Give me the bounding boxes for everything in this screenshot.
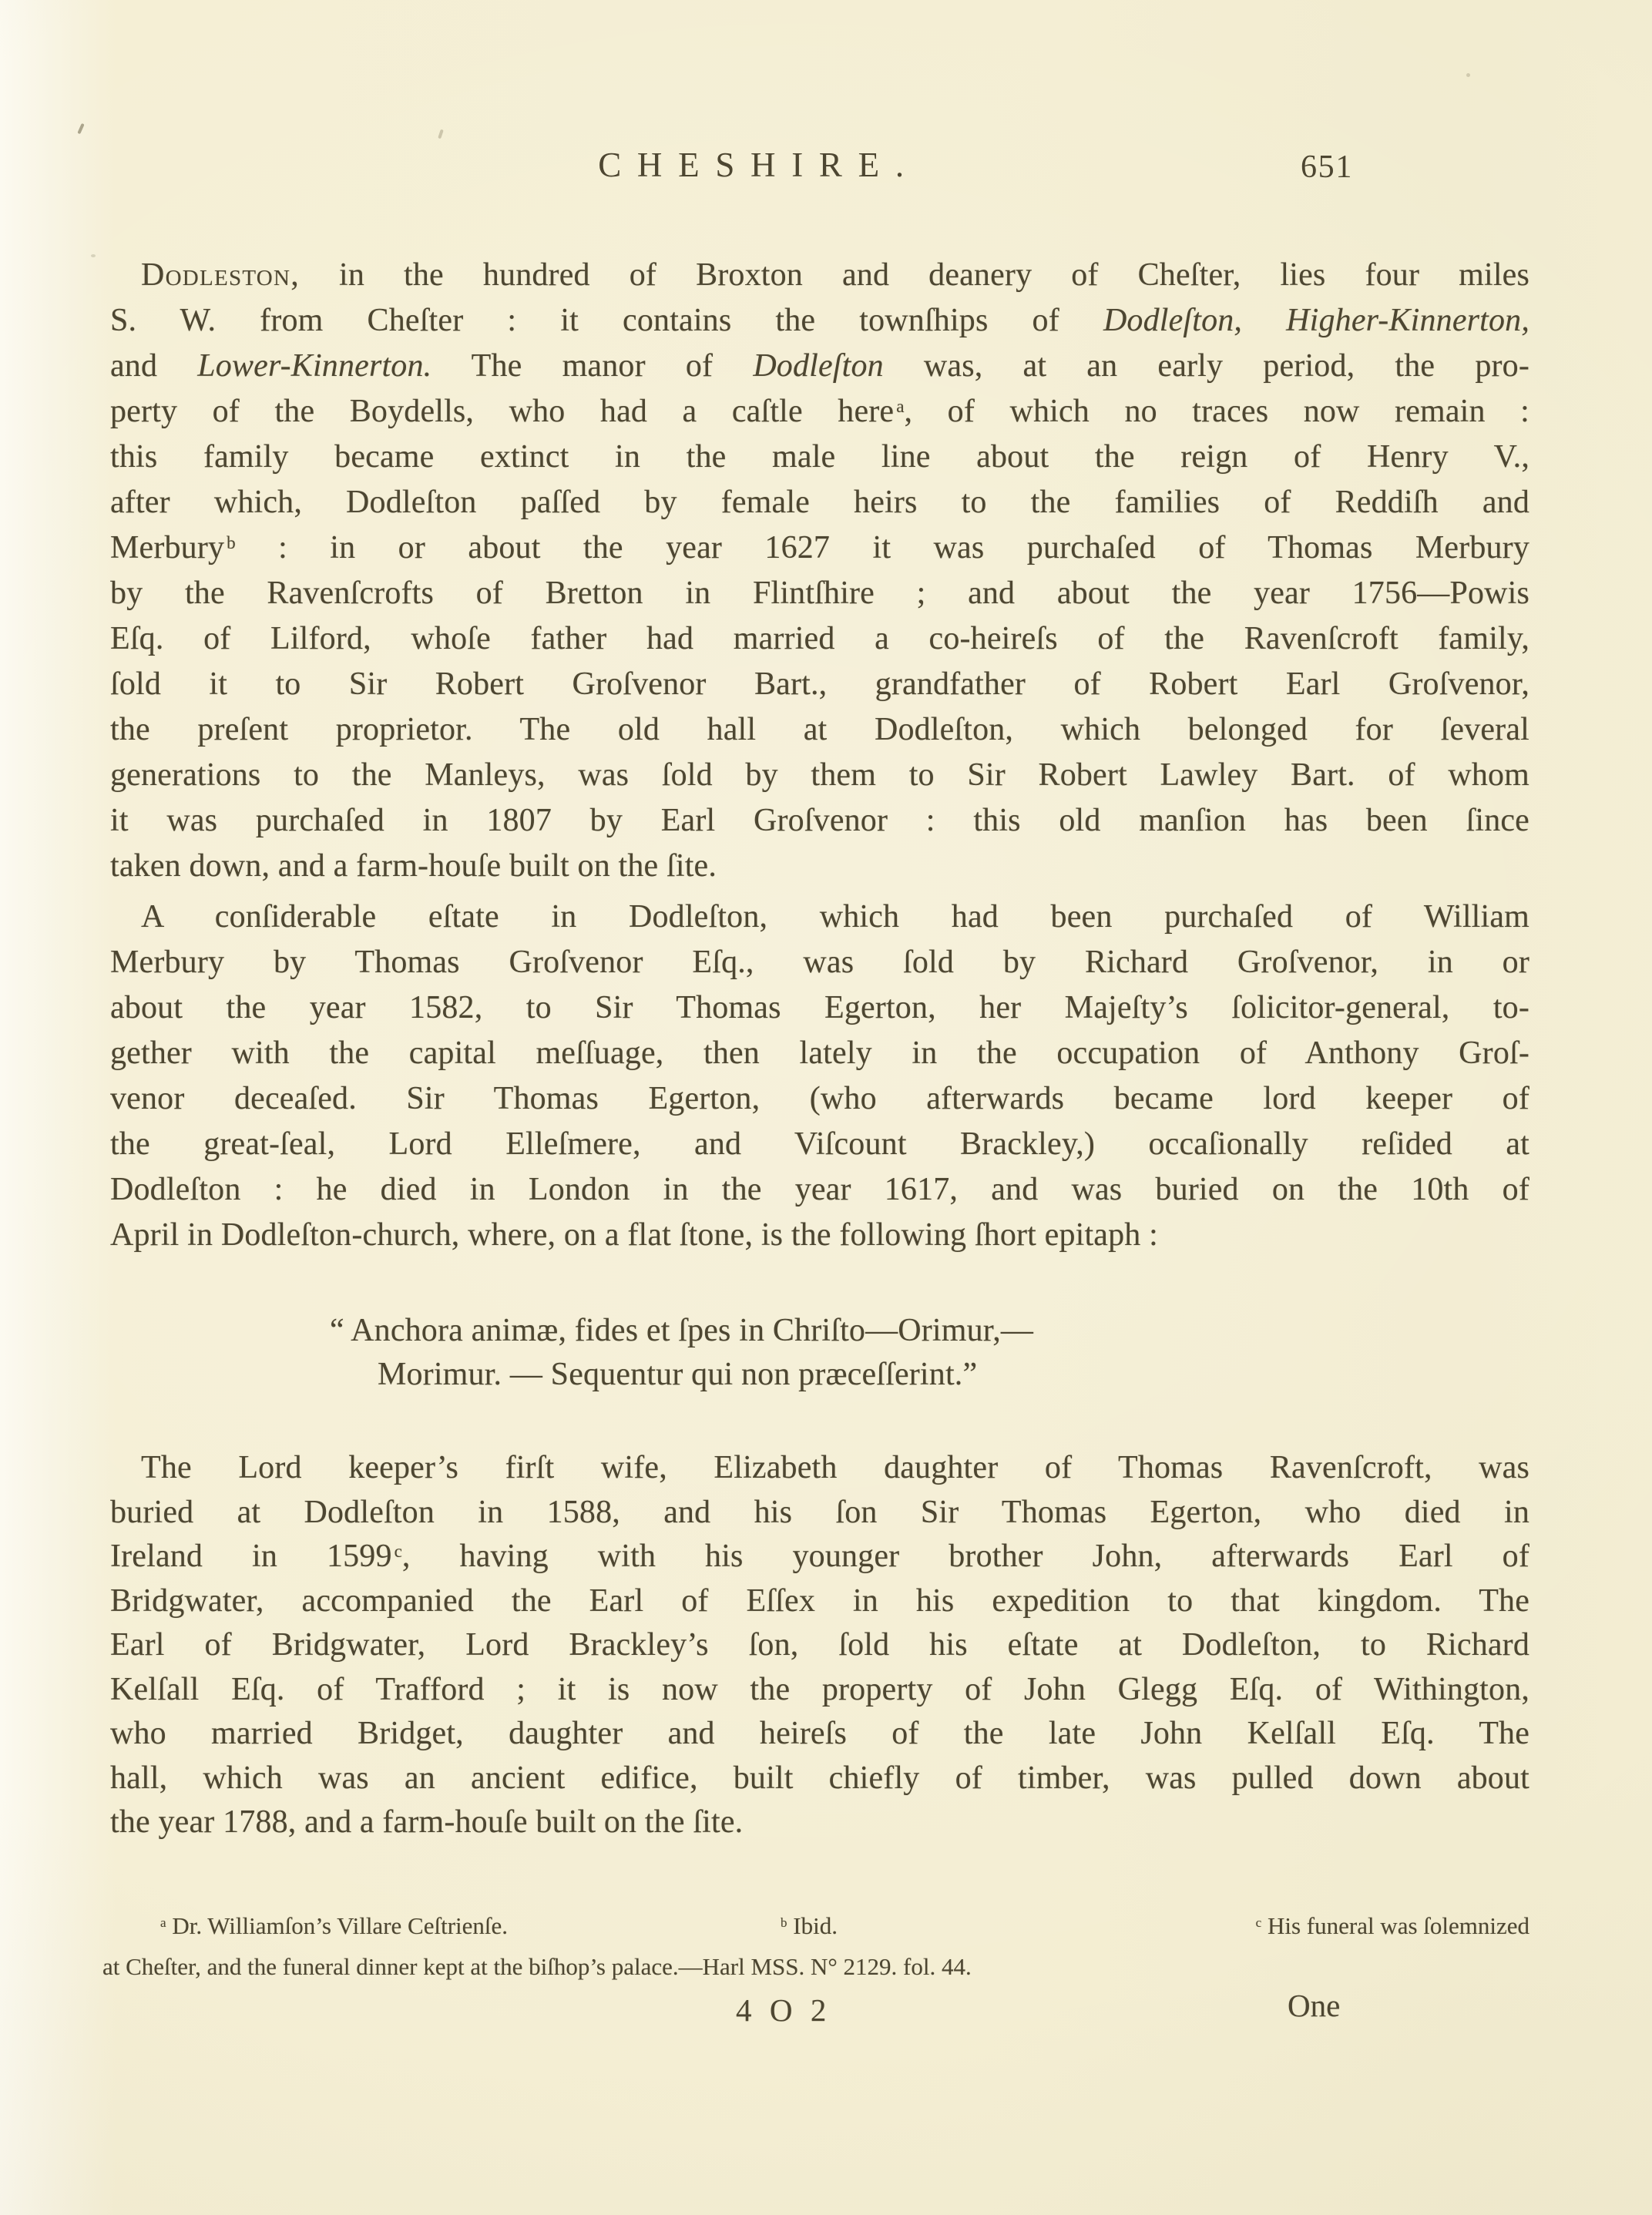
text-segment: hall, which was an ancient edifice, buil… <box>110 1760 1529 1796</box>
epitaph-quote: “ Anchora animæ, fides et ſpes in Chriſt… <box>330 1309 1409 1397</box>
text-line: taken down, and a farm-houſe built on th… <box>110 844 1529 889</box>
footnote-marker: b <box>781 1915 787 1930</box>
gathering-signature: 4 O 2 <box>736 1991 831 2029</box>
text-segment: : in or about the year 1627 it was purch… <box>236 530 1529 565</box>
text-segment: , of which no traces now remain : <box>905 394 1529 429</box>
footnote-c: c His funeral was ſolemnized <box>1254 1905 1529 1946</box>
footnote-marker: c <box>1256 1915 1262 1930</box>
text-segment: A conſiderable eſtate in Dodleſton, whic… <box>141 899 1529 935</box>
text-segment: April in Dodleſton-church, where, on a f… <box>110 1217 1158 1253</box>
paragraph-egerton-estate: A conſiderable eſtate in Dodleſton, whic… <box>110 894 1529 1258</box>
running-header-title: CHESHIRE. <box>68 146 1450 183</box>
text-line: by the Ravenſcrofts of Bretton in Flintſ… <box>110 571 1529 616</box>
text-line: this family became extinct in the male l… <box>110 435 1529 480</box>
paragraph-dodleston-manor: Dodleston, in the hundred of Broxton and… <box>110 253 1529 889</box>
text-segment: venor deceaſed. Sir Thomas Egerton, (who… <box>110 1081 1529 1116</box>
text-line: and Lower-Kinnerton. The manor of Dodleſ… <box>110 344 1529 389</box>
text-segment: gether with the capital meſſuage, then l… <box>110 1035 1529 1071</box>
footnote-continuation: at Cheſter, and the funeral dinner kept … <box>102 1946 1529 1987</box>
italic-text: Dodleſton <box>753 348 884 384</box>
text-segment: by the Ravenſcrofts of Bretton in Flintſ… <box>110 576 1529 611</box>
footnote-row: a Dr. Williamſon’s Villare Ceſtrienſe.b … <box>110 1905 1529 1946</box>
text-line: Morimur. — Sequentur qui non præceſſerin… <box>378 1353 1409 1397</box>
ink-speck <box>1466 73 1470 77</box>
text-segment: the great-ſeal, Lord Elleſmere, and Viſc… <box>110 1126 1529 1162</box>
text-line: Merbury by Thomas Groſvenor Eſq., was ſo… <box>110 940 1529 985</box>
ink-speck <box>91 254 96 257</box>
text-segment: Merbury <box>110 530 224 565</box>
text-segment: , having with his younger brother John, … <box>402 1539 1529 1574</box>
text-segment: Merbury by Thomas Groſvenor Eſq., was ſo… <box>110 945 1529 980</box>
text-line: Merburyb : in or about the year 1627 it … <box>110 525 1529 571</box>
text-line: generations to the Manleys, was ſold by … <box>110 753 1529 798</box>
text-segment: Eſq. of Lilford, whoſe father had marrie… <box>110 621 1529 656</box>
text-segment: Earl of Bridgwater, Lord Brackley’s ſon,… <box>110 1627 1529 1663</box>
text-segment: The manor of <box>431 348 753 384</box>
footnote-marker: a <box>160 1915 166 1930</box>
text-segment: Morimur. — Sequentur qui non præceſſerin… <box>378 1357 977 1392</box>
text-segment: S. W. from Cheſter : it contains the tow… <box>110 303 1103 338</box>
footnote-marker: b <box>227 532 236 552</box>
text-segment: “ Anchora animæ, fides et ſpes in Chriſt… <box>330 1313 1033 1348</box>
text-segment: buried at Dodleſton in 1588, and his ſon… <box>110 1495 1529 1530</box>
text-line: Earl of Bridgwater, Lord Brackley’s ſon,… <box>110 1623 1529 1668</box>
text-line: ſold it to Sir Robert Groſvenor Bart., g… <box>110 662 1529 707</box>
footnote-marker: c <box>395 1541 402 1561</box>
text-line: who married Bridget, daughter and heireſ… <box>110 1712 1529 1757</box>
text-line: Dodleſton : he died in London in the yea… <box>110 1167 1529 1213</box>
smallcaps-text: Dodleston, <box>141 257 300 293</box>
text-segment: about the year 1582, to Sir Thomas Egert… <box>110 990 1529 1025</box>
footnote-a: a Dr. Williamſon’s Villare Ceſtrienſe. <box>158 1905 508 1946</box>
text-segment: ſold it to Sir Robert Groſvenor Bart., g… <box>110 666 1529 702</box>
text-segment: was, at an early period, the pro- <box>884 348 1529 384</box>
page-number: 651 <box>1301 149 1353 185</box>
text-line: buried at Dodleſton in 1588, and his ſon… <box>110 1491 1529 1535</box>
text-segment: the year 1788, and a farm-houſe built on… <box>110 1804 743 1840</box>
text-line: perty of the Boydells, who had a caſtle … <box>110 389 1529 435</box>
text-segment: this family became extinct in the male l… <box>110 439 1529 475</box>
text-line: “ Anchora animæ, fides et ſpes in Chriſt… <box>330 1309 1409 1353</box>
text-line: The Lord keeper’s firſt wife, Elizabeth … <box>110 1446 1529 1491</box>
text-segment: it was purchaſed in 1807 by Earl Groſven… <box>110 803 1529 838</box>
footnotes-block: a Dr. Williamſon’s Villare Ceſtrienſe.b … <box>110 1905 1529 1987</box>
italic-text: Dodleſton, Higher-Kinnerton, <box>1103 303 1529 338</box>
text-segment: generations to the Manleys, was ſold by … <box>110 757 1529 793</box>
text-line: Ireland in 1599c, having with his younge… <box>110 1535 1529 1579</box>
text-line: Dodleston, in the hundred of Broxton and… <box>110 253 1529 298</box>
text-segment: Dodleſton : he died in London in the yea… <box>110 1172 1529 1207</box>
text-line: venor deceaſed. Sir Thomas Egerton, (who… <box>110 1076 1529 1122</box>
text-segment: The Lord keeper’s firſt wife, Elizabeth … <box>141 1450 1529 1485</box>
text-line: gether with the capital meſſuage, then l… <box>110 1031 1529 1076</box>
text-line: hall, which was an ancient edifice, buil… <box>110 1757 1529 1801</box>
footnote-marker: a <box>896 396 904 416</box>
text-line: after which, Dodleſton paſſed by female … <box>110 480 1529 525</box>
text-line: April in Dodleſton-church, where, on a f… <box>110 1213 1529 1258</box>
text-segment: Bridgwater, accompanied the Earl of Eſſe… <box>110 1583 1529 1619</box>
footnote-b: b Ibid. <box>778 1905 838 1946</box>
text-line: the year 1788, and a farm-houſe built on… <box>110 1801 1529 1845</box>
text-line: Eſq. of Lilford, whoſe father had marrie… <box>110 616 1529 662</box>
text-segment: perty of the Boydells, who had a caſtle … <box>110 394 894 429</box>
catchword: One <box>1288 1986 1340 2025</box>
text-line: it was purchaſed in 1807 by Earl Groſven… <box>110 798 1529 844</box>
italic-text: Lower-Kinnerton. <box>197 348 431 384</box>
text-segment: in the hundred of Broxton and deanery of… <box>300 257 1529 293</box>
text-line: A conſiderable eſtate in Dodleſton, whic… <box>110 894 1529 940</box>
signature-row: 4 O 2 One <box>110 1986 1529 2032</box>
text-segment: who married Bridget, daughter and heireſ… <box>110 1716 1529 1751</box>
text-line: the great-ſeal, Lord Elleſmere, and Viſc… <box>110 1122 1529 1167</box>
text-segment: Ireland in 1599 <box>110 1539 392 1574</box>
text-line: Bridgwater, accompanied the Earl of Eſſe… <box>110 1579 1529 1624</box>
text-segment: after which, Dodleſton paſſed by female … <box>110 485 1529 520</box>
ink-speck <box>77 123 84 134</box>
text-line: about the year 1582, to Sir Thomas Egert… <box>110 985 1529 1031</box>
text-segment: taken down, and a farm-houſe built on th… <box>110 848 717 884</box>
text-line: the preſent proprietor. The old hall at … <box>110 707 1529 753</box>
paragraph-lord-keeper-family: The Lord keeper’s firſt wife, Elizabeth … <box>110 1446 1529 1845</box>
book-page-scan: CHESHIRE. 651 Dodleston, in the hundred … <box>0 0 1652 2215</box>
text-segment: Kelſall Eſq. of Trafford ; it is now the… <box>110 1672 1529 1707</box>
text-line: Kelſall Eſq. of Trafford ; it is now the… <box>110 1668 1529 1713</box>
text-segment: and <box>110 348 197 384</box>
text-segment: the preſent proprietor. The old hall at … <box>110 712 1529 747</box>
text-line: S. W. from Cheſter : it contains the tow… <box>110 298 1529 344</box>
ink-speck <box>438 129 444 139</box>
